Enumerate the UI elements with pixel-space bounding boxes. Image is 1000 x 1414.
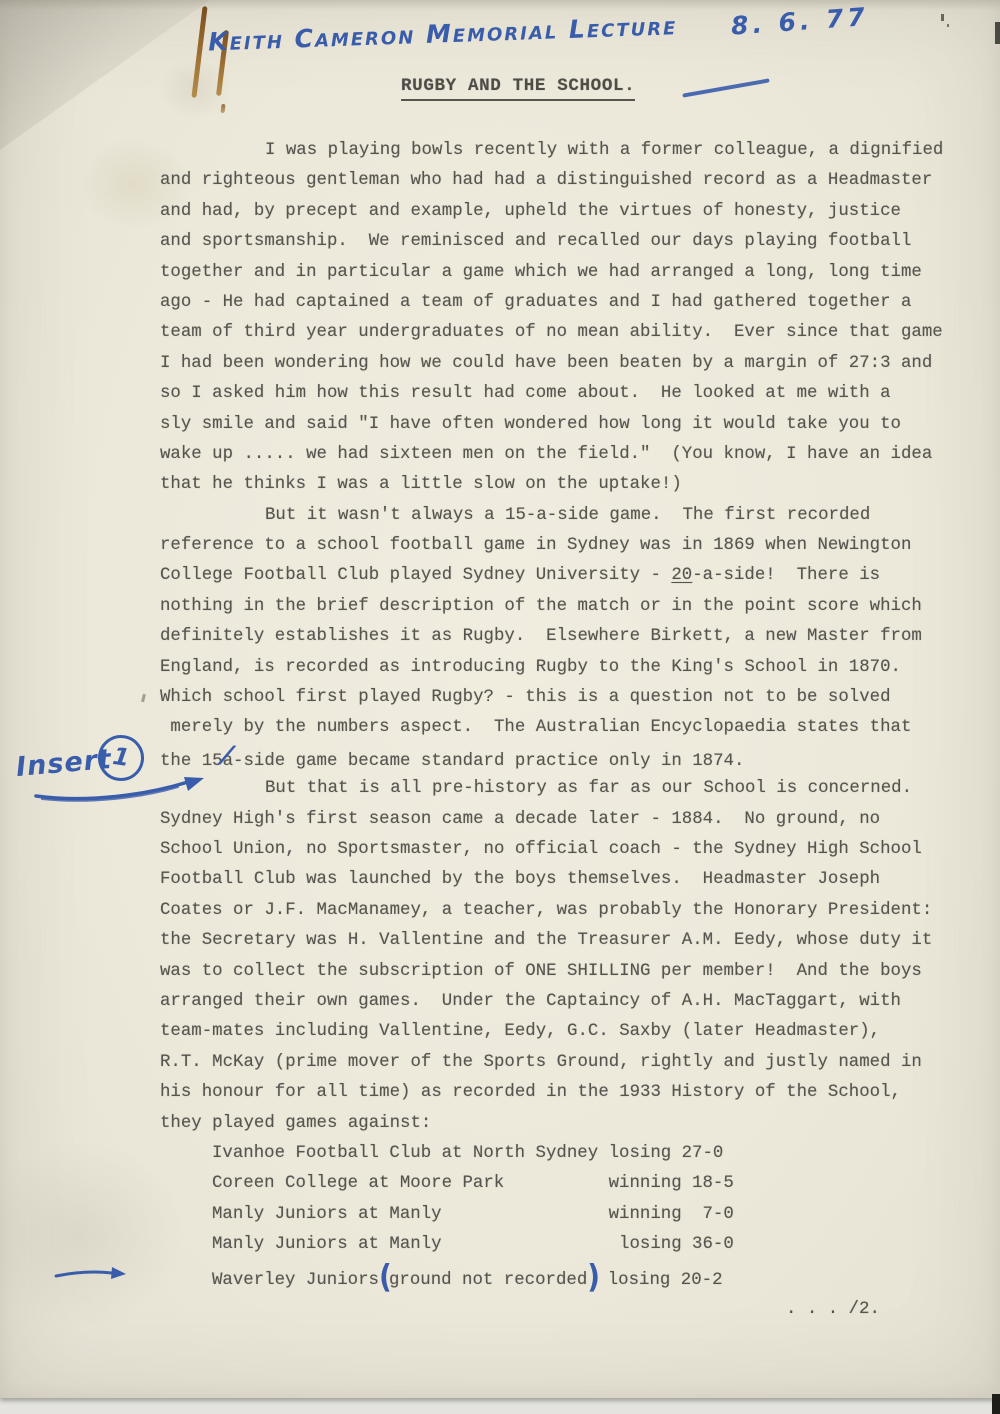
typed-line: I was playing bowls recently with a form… bbox=[160, 136, 970, 166]
typed-line: But it wasn't always a 15-a-side game. T… bbox=[160, 501, 970, 531]
typed-line: Coates or J.F. MacManamey, a teacher, wa… bbox=[160, 896, 970, 926]
insert-arrow-icon bbox=[28, 770, 213, 812]
underlined-number: 20 bbox=[671, 566, 692, 585]
typed-line: arranged their own games. Under the Capt… bbox=[160, 987, 970, 1017]
handwritten-date: 8. 6. 77 bbox=[730, 2, 870, 41]
page-title: RUGBY AND THE SCHOOL. bbox=[401, 76, 635, 101]
typed-line: definitely establishes it as Rugby. Else… bbox=[160, 622, 970, 652]
typed-line: together and in particular a game which … bbox=[160, 258, 970, 288]
handwritten-lecture-title: Keith Cameron Memorial Lecture bbox=[208, 11, 678, 56]
typed-segment: -a-side! There is bbox=[692, 566, 880, 585]
typed-segment: ground not recorded bbox=[389, 1271, 587, 1290]
typed-line: College Football Club played Sydney Univ… bbox=[160, 561, 970, 591]
typed-line: nothing in the brief description of the … bbox=[160, 592, 970, 622]
typed-line: merely by the numbers aspect. The Austra… bbox=[160, 713, 970, 743]
game-result-line: Manly Juniors at Manly winning 7-0 bbox=[160, 1200, 970, 1230]
scan-canvas: Keith Cameron Memorial Lecture 8. 6. 77 … bbox=[0, 0, 1000, 1414]
typed-line: But that is all pre-history as far as ou… bbox=[160, 774, 970, 804]
typed-line: Sydney High's first season came a decade… bbox=[160, 805, 970, 835]
pen-paren-icon: ) bbox=[587, 1260, 597, 1295]
ink-speck bbox=[947, 24, 949, 27]
stain-mark bbox=[0, 1140, 186, 1330]
typed-line: Football Club was launched by the boys t… bbox=[160, 865, 970, 895]
game-result-line: Waverley Juniors(ground not recorded) lo… bbox=[160, 1260, 970, 1290]
typed-segment: losing 20-2 bbox=[597, 1271, 722, 1290]
typed-line: ago - He had captained a team of graduat… bbox=[160, 288, 970, 318]
typed-segment: Waverley Juniors bbox=[212, 1271, 379, 1290]
typed-line: I had been wondering how we could have b… bbox=[160, 349, 970, 379]
typed-line: and righteous gentleman who had had a di… bbox=[160, 166, 970, 196]
typed-line: team of third year undergraduates of no … bbox=[160, 318, 970, 348]
typed-line: sly smile and said "I have often wondere… bbox=[160, 410, 970, 440]
typed-line: School Union, no Sportsmaster, no offici… bbox=[160, 835, 970, 865]
typed-line: reference to a school football game in S… bbox=[160, 531, 970, 561]
game-result-line: Ivanhoe Football Club at North Sydney lo… bbox=[160, 1139, 970, 1169]
handwritten-header: Keith Cameron Memorial Lecture 8. 6. 77 bbox=[208, 4, 870, 56]
ink-speck bbox=[141, 694, 146, 702]
scan-edge-mark bbox=[995, 22, 1000, 44]
typed-line: his honour for all time) as recorded in … bbox=[160, 1078, 970, 1108]
typed-line: R.T. McKay (prime mover of the Sports Gr… bbox=[160, 1048, 970, 1078]
scan-corner-mark bbox=[992, 1394, 1000, 1414]
scanned-page: Keith Cameron Memorial Lecture 8. 6. 77 … bbox=[0, 0, 1000, 1398]
typed-line: so I asked him how this result had come … bbox=[160, 379, 970, 409]
typed-line: the 15/a-side game became standard pract… bbox=[160, 744, 970, 774]
typed-line: was to collect the subscription of ONE S… bbox=[160, 957, 970, 987]
typed-segment: College Football Club played Sydney Univ… bbox=[160, 566, 671, 585]
typed-line: team-mates including Vallentine, Eedy, G… bbox=[160, 1017, 970, 1047]
pen-dash-icon bbox=[682, 78, 769, 97]
ink-speck bbox=[941, 14, 944, 21]
margin-arrow-icon bbox=[52, 1262, 132, 1284]
rust-speck bbox=[220, 104, 225, 113]
typed-line: and sportsmanship. We reminisced and rec… bbox=[160, 227, 970, 257]
typed-line: that he thinks I was a little slow on th… bbox=[160, 470, 970, 500]
typed-line: the Secretary was H. Vallentine and the … bbox=[160, 926, 970, 956]
typed-line: they played games against: bbox=[160, 1109, 970, 1139]
pen-paren-icon: ( bbox=[379, 1260, 389, 1295]
game-result-line: Manly Juniors at Manly losing 36-0 bbox=[160, 1230, 970, 1260]
typed-body: I was playing bowls recently with a form… bbox=[160, 136, 970, 1291]
page-number-footer: . . . /2. bbox=[786, 1300, 880, 1319]
typed-line: England, is recorded as introducing Rugb… bbox=[160, 653, 970, 683]
typed-segment: the 15 bbox=[160, 752, 223, 771]
game-result-line: Coreen College at Moore Park winning 18-… bbox=[160, 1169, 970, 1199]
typed-segment: a-side game became standard practice onl… bbox=[223, 752, 745, 771]
typed-line: and had, by precept and example, upheld … bbox=[160, 197, 970, 227]
typed-line: wake up ..... we had sixteen men on the … bbox=[160, 440, 970, 470]
typed-line: Which school first played Rugby? - this … bbox=[160, 683, 970, 713]
